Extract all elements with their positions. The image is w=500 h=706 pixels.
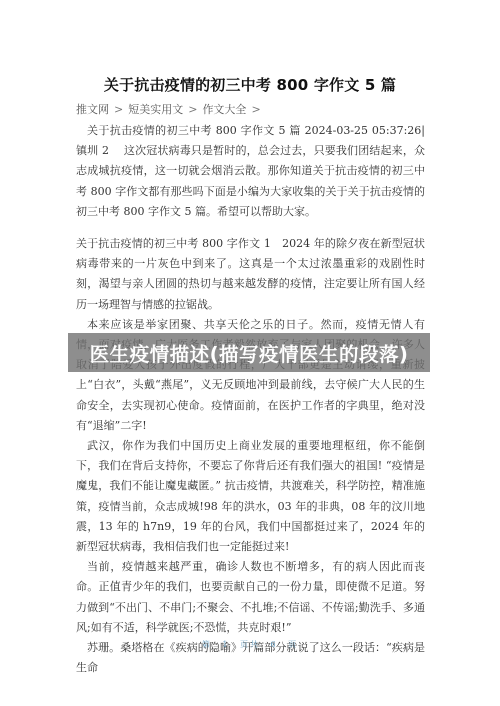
page-number-footer: 第 1 页共 6 页 <box>0 639 500 650</box>
document-page: 关于抗击疫情的初三中考 800 字作文 5 篇 推文网>短美实用文>作文大全> … <box>0 0 500 706</box>
breadcrumb: 推文网>短美实用文>作文大全> <box>76 101 266 117</box>
breadcrumb-item-home[interactable]: 推文网 <box>76 103 109 116</box>
document-title: 关于抗击疫情的初三中考 800 字作文 5 篇 <box>0 74 500 95</box>
paragraph-essay-1-heading: 关于抗击疫情的初三中考 800 字作文 1 2024 年的除夕夜在新型冠状病毒带… <box>76 234 425 315</box>
chevron-right-icon: > <box>251 103 260 116</box>
chevron-right-icon: > <box>114 103 123 116</box>
article-body: 关于抗击疫情的初三中考 800 字作文 5 篇 2024-03-25 05:37… <box>76 121 425 678</box>
overlay-title-banner: 医生疫情描述(描写疫情医生的段落) <box>68 333 430 372</box>
paragraph: 武汉，你作为我们中国历史上商业发展的重要地理枢纽，你不能倒下，我们在背后支持你，… <box>76 436 425 557</box>
paragraph: 当前，疫情越来越严重，确诊人数也不断增多，有的病人因此而丧命。正值青少年的我们，… <box>76 557 425 638</box>
breadcrumb-item-category[interactable]: 短美实用文 <box>128 103 183 116</box>
paragraph-intro: 关于抗击疫情的初三中考 800 字作文 5 篇 2024-03-25 05:37… <box>76 121 425 222</box>
chevron-right-icon: > <box>188 103 197 116</box>
overlay-title-text: 医生疫情描述(描写疫情医生的段落) <box>90 339 409 367</box>
breadcrumb-item-subcategory[interactable]: 作文大全 <box>202 103 246 116</box>
